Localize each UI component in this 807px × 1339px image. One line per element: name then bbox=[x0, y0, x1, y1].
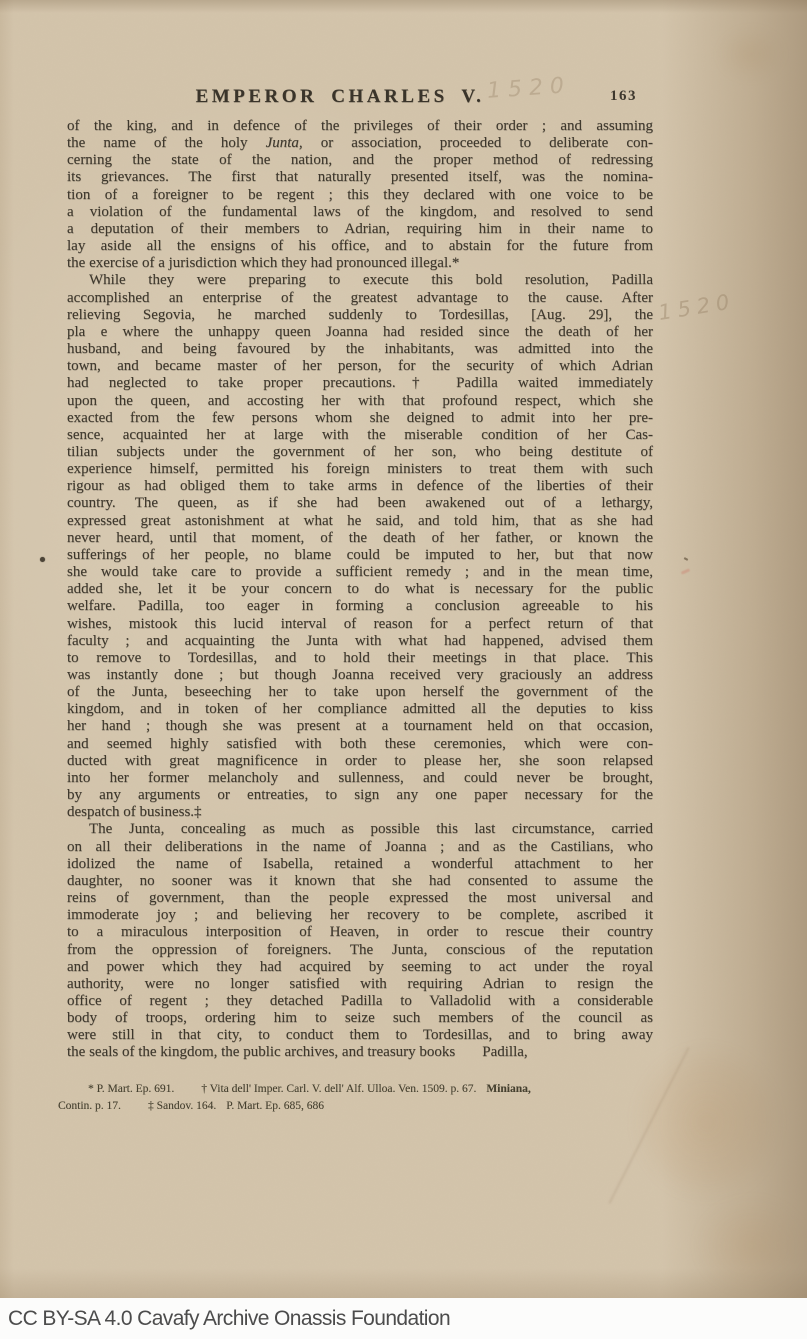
text-line: lay aside all the ensigns of his office,… bbox=[67, 238, 653, 255]
text-line: tion of a foreigner to be regent ; this … bbox=[67, 187, 653, 204]
paper-scratch bbox=[608, 1047, 689, 1204]
foxing-stain bbox=[672, 1178, 807, 1313]
text-line: the seals of the kingdom, the public arc… bbox=[67, 1044, 653, 1061]
text-line: added she, let it be your concern to do … bbox=[67, 581, 653, 598]
text-line: the name of the holy Junta, or associati… bbox=[67, 135, 653, 152]
footnote-line: * P. Mart. Ep. 691.† Vita dell' Imper. C… bbox=[58, 1081, 652, 1098]
text-line: accomplished an enterprise of the greate… bbox=[67, 290, 653, 307]
text-line: The Junta, concealing as much as possibl… bbox=[67, 821, 653, 838]
paper-fleck bbox=[684, 557, 688, 561]
text-line: rigour as had obliged them to take arms … bbox=[67, 478, 653, 495]
text-line: tilian subjects under the government of … bbox=[67, 444, 653, 461]
text-line: sence, acquainted her at large with the … bbox=[67, 427, 653, 444]
text-line: her hand ; though she was present at a t… bbox=[67, 718, 653, 735]
scanned-book-page: EMPEROR CHARLES V. 163 1520 1520 of the … bbox=[0, 0, 807, 1298]
text-line: she would take care to provide a suffici… bbox=[67, 564, 653, 581]
text-line: were still in that city, to conduct them… bbox=[67, 1027, 653, 1044]
text-line: by any arguments or entreaties, to sign … bbox=[67, 787, 653, 804]
text-line: to remove to Tordesillas, and to hold th… bbox=[67, 650, 653, 667]
text-line: from the oppression of foreigners. The J… bbox=[67, 942, 653, 959]
text-line: into her former melancholy and sullennes… bbox=[67, 770, 653, 787]
text-line: idolized the name of Isabella, retained … bbox=[67, 856, 653, 873]
text-line: reins of government, than the people exp… bbox=[67, 890, 653, 907]
body-text: of the king, and in defence of the privi… bbox=[67, 118, 653, 1062]
text-line: experience himself, permitted his foreig… bbox=[67, 461, 653, 478]
text-line: its grievances. The first that naturally… bbox=[67, 169, 653, 186]
text-line: and seemed highly satisfied with both th… bbox=[67, 736, 653, 753]
text-line: welfare. Padilla, too eager in forming a… bbox=[67, 598, 653, 615]
text-line: husband, and being favoured by the inhab… bbox=[67, 341, 653, 358]
text-line: to a miraculous interposition of Heaven,… bbox=[67, 924, 653, 941]
text-line: immoderate joy ; and believing her recov… bbox=[67, 907, 653, 924]
text-line: on all their deliberations in the name o… bbox=[67, 839, 653, 856]
pink-smudge bbox=[681, 568, 690, 574]
text-line: a violation of the fundamental laws of t… bbox=[67, 204, 653, 221]
text-line: was instantly done ; but though Joanna r… bbox=[67, 667, 653, 684]
text-line: town, and became master of her person, f… bbox=[67, 358, 653, 375]
text-line: and power which they had acquired by see… bbox=[67, 959, 653, 976]
text-line: sufferings of her people, no blame could… bbox=[67, 547, 653, 564]
text-line: upon the queen, and accosting her with t… bbox=[67, 393, 653, 410]
text-line: the exercise of a jurisdiction which the… bbox=[67, 255, 653, 272]
footnote-line: Contin. p. 17.‡ Sandov. 164.P. Mart. Ep.… bbox=[58, 1098, 652, 1115]
text-line: faculty ; and acquainting the Junta with… bbox=[67, 633, 653, 650]
text-line: expressed great astonishment at what he … bbox=[67, 513, 653, 530]
text-line: exacted from the few persons whom she de… bbox=[67, 410, 653, 427]
text-line: ducted with great magnificence in order … bbox=[67, 753, 653, 770]
text-line: daughter, no sooner was it known that sh… bbox=[67, 873, 653, 890]
text-line: pla e where the unhappy queen Joanna had… bbox=[67, 324, 653, 341]
license-caption-bar: CC BY-SA 4.0 Cavafy Archive Onassis Foun… bbox=[0, 1298, 807, 1339]
text-line: of the king, and in defence of the privi… bbox=[67, 118, 653, 135]
text-line: wishes, mistook this lucid interval of r… bbox=[67, 616, 653, 633]
text-line: kingdom, and in token of her compliance … bbox=[67, 701, 653, 718]
text-line: a deputation of their members to Adrian,… bbox=[67, 221, 653, 238]
handwritten-margin-annotation: 1520 bbox=[657, 289, 737, 325]
page-header: EMPEROR CHARLES V. 163 bbox=[67, 86, 653, 108]
page-number: 163 bbox=[610, 88, 637, 105]
ink-spot bbox=[40, 557, 45, 562]
text-line: despatch of business.‡ bbox=[67, 804, 653, 821]
text-line: authority, were no longer satisfied with… bbox=[67, 976, 653, 993]
foxing-stain bbox=[706, 18, 796, 90]
text-line: While they were preparing to execute thi… bbox=[67, 272, 653, 289]
text-line: body of troops, ordering him to seize su… bbox=[67, 1010, 653, 1027]
text-line: of the Junta, beseeching her to take upo… bbox=[67, 684, 653, 701]
screenshot-root: EMPEROR CHARLES V. 163 1520 1520 of the … bbox=[0, 0, 807, 1339]
text-line: office of regent ; they detached Padilla… bbox=[67, 993, 653, 1010]
text-line: relieving Segovia, he marched suddenly t… bbox=[67, 307, 653, 324]
running-title: EMPEROR CHARLES V. bbox=[67, 86, 653, 108]
text-line: never heard, until that moment, of the d… bbox=[67, 530, 653, 547]
footnotes: * P. Mart. Ep. 691.† Vita dell' Imper. C… bbox=[58, 1081, 652, 1114]
license-caption-text: CC BY-SA 4.0 Cavafy Archive Onassis Foun… bbox=[8, 1298, 450, 1339]
text-line: country. The queen, as if she had been a… bbox=[67, 495, 653, 512]
text-line: cerning the state of the nation, and the… bbox=[67, 152, 653, 169]
text-line: had neglected to take proper precautions… bbox=[67, 375, 653, 392]
